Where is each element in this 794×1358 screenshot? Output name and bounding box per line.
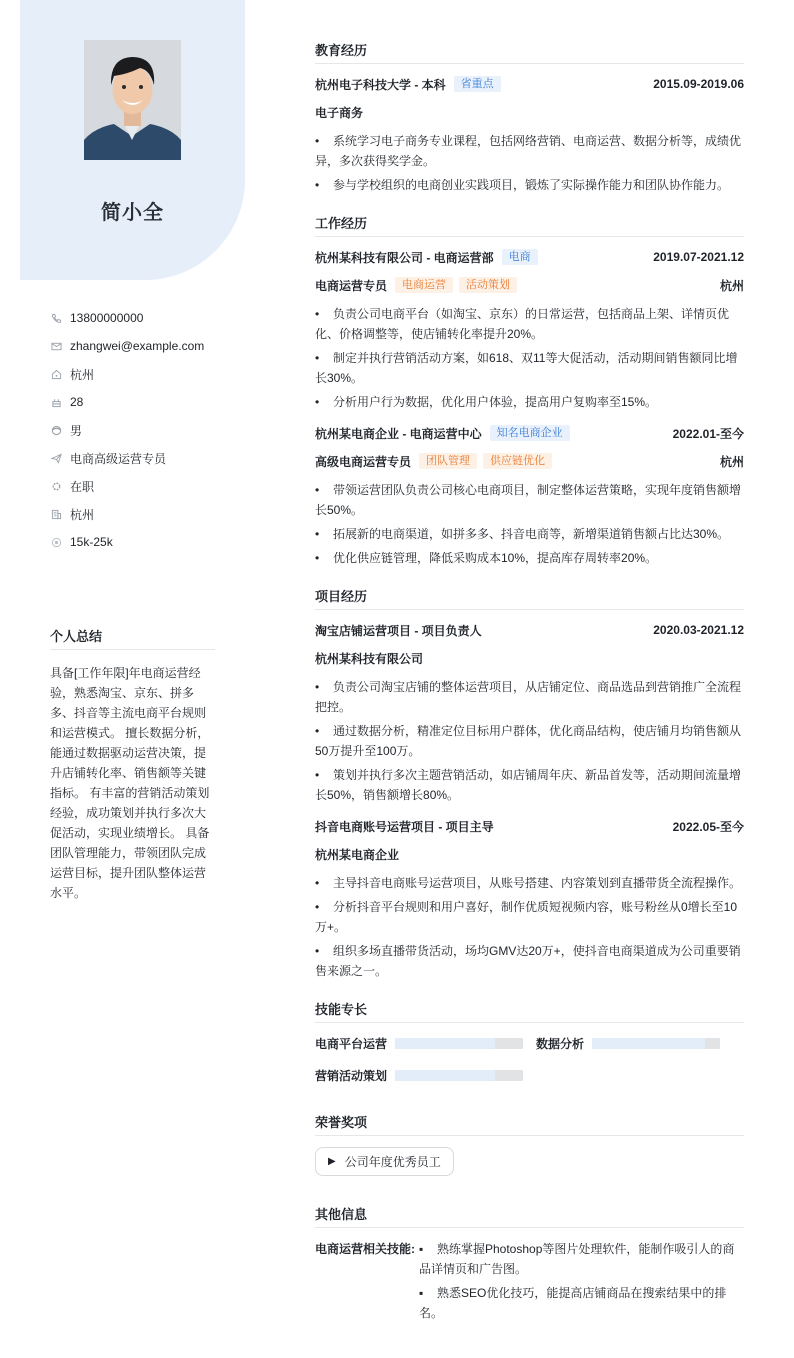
section-title-education: 教育经历: [315, 40, 744, 64]
avatar-photo-icon: [84, 40, 181, 160]
awards-section: 荣誉奖项 ▶ 公司年度优秀员工: [315, 1112, 744, 1190]
role-tag: 电商运营: [395, 277, 453, 293]
profile-name: 简小全: [20, 196, 245, 225]
list-item: •优化供应链管理，降低采购成本10%，提高库存周转率20%。: [315, 548, 744, 568]
skill-bar-fill: [395, 1070, 495, 1081]
other-info: 电商运营相关技能: ▪熟练掌握Photoshop等图片处理软件，能制作吸引人的商…: [315, 1239, 744, 1327]
section-title-skills: 技能专长: [315, 999, 744, 1023]
section-title-work: 工作经历: [315, 213, 744, 237]
salary-icon: [50, 536, 62, 548]
work-date: 2022.01-至今: [673, 425, 744, 442]
play-triangle-icon: ▶: [328, 1156, 336, 1167]
contact-status: 在职: [50, 472, 250, 500]
section-title-awards: 荣誉奖项: [315, 1112, 744, 1136]
main-content: 教育经历 杭州电子科技大学 - 本科 省重点 2015.09-2019.06 电…: [315, 40, 744, 1341]
age-value: 28: [70, 395, 83, 409]
status-icon: [50, 480, 62, 492]
list-item: •系统学习电子商务专业课程，包括网络营销、电商运营、数据分析等，成绩优异，多次获…: [315, 131, 744, 171]
work-bullets: •负责公司电商平台（如淘宝、京东）的日常运营，包括商品上架、详情页优化、价格调整…: [315, 304, 744, 412]
project-entry: 抖音电商账号运营项目 - 项目主导 2022.05-至今 杭州某电商企业 •主导…: [315, 817, 744, 981]
salary-value: 15k-25k: [70, 535, 113, 549]
work-entry: 杭州某电商企业 - 电商运营中心 知名电商企业 2022.01-至今 高级电商运…: [315, 424, 744, 568]
send-icon: [50, 452, 62, 464]
summary-title: 个人总结: [50, 626, 215, 650]
list-item: ▪熟悉SEO优化技巧，能提高店铺商品在搜索结果中的排名。: [419, 1283, 744, 1323]
other-section: 其他信息 电商运营相关技能: ▪熟练掌握Photoshop等图片处理软件，能制作…: [315, 1204, 744, 1327]
home-icon: [50, 368, 62, 380]
education-section: 教育经历 杭州电子科技大学 - 本科 省重点 2015.09-2019.06 电…: [315, 40, 744, 195]
position-value: 电商高级运营专员: [70, 450, 166, 467]
company-tag: 电商: [502, 249, 538, 265]
work-bullets: •带领运营团队负责公司核心电商项目，制定整体运营策略，实现年度销售额增长50%。…: [315, 480, 744, 568]
project-company: 杭州某科技有限公司: [315, 650, 423, 667]
sidebar: 简小全 13800000000 zhangwei@example.com 杭州 …: [0, 0, 270, 1358]
list-item: •分析用户行为数据，优化用户体验，提高用户复购率至15%。: [315, 392, 744, 412]
education-major: 电子商务: [315, 104, 363, 121]
list-item: •负责公司电商平台（如淘宝、京东）的日常运营，包括商品上架、详情页优化、价格调整…: [315, 304, 744, 344]
phone-icon: [50, 312, 62, 324]
contact-salary: 15k-25k: [50, 528, 250, 556]
section-title-other: 其他信息: [315, 1204, 744, 1228]
contact-location: 杭州: [50, 360, 250, 388]
school-tag: 省重点: [454, 76, 501, 92]
skill-item: 数据分析: [535, 1034, 744, 1052]
work-entry: 杭州某科技有限公司 - 电商运营部 电商 2019.07-2021.12 电商运…: [315, 248, 744, 412]
skill-item: 营销活动策划: [315, 1066, 535, 1084]
education-date: 2015.09-2019.06: [653, 77, 744, 91]
contact-position: 电商高级运营专员: [50, 444, 250, 472]
other-label: 电商运营相关技能:: [315, 1239, 415, 1327]
skill-item: 电商平台运营: [315, 1034, 535, 1052]
project-company: 杭州某电商企业: [315, 846, 399, 863]
status-value: 在职: [70, 478, 94, 495]
gender-icon: [50, 424, 62, 436]
work-location: 杭州: [720, 277, 744, 294]
contact-list: 13800000000 zhangwei@example.com 杭州 28 男…: [50, 304, 250, 556]
list-item: •参与学校组织的电商创业实践项目，锻炼了实际操作能力和团队协作能力。: [315, 175, 744, 195]
project-name: 淘宝店铺运营项目 - 项目负责人: [315, 622, 482, 639]
list-item: •制定并执行营销活动方案，如618、双11等大促活动，活动期间销售额同比增长30…: [315, 348, 744, 388]
list-item: •主导抖音电商账号运营项目，从账号搭建、内容策划到直播带货全流程操作。: [315, 873, 744, 893]
skill-bar-fill: [592, 1038, 705, 1049]
contact-phone: 13800000000: [50, 304, 250, 332]
award-name: 公司年度优秀员工: [345, 1153, 441, 1170]
city-value: 杭州: [70, 506, 94, 523]
award-item-toggle[interactable]: ▶ 公司年度优秀员工: [315, 1147, 454, 1176]
skill-name: 营销活动策划: [315, 1067, 387, 1084]
list-item: •拓展新的电商渠道，如拼多多、抖音电商等，新增渠道销售额占比达30%。: [315, 524, 744, 544]
list-item: •负责公司淘宝店铺的整体运营项目，从店铺定位、商品选品到营销推广全流程把控。: [315, 677, 744, 717]
cake-icon: [50, 396, 62, 408]
skill-bar: [592, 1038, 720, 1049]
job-role: 高级电商运营专员: [315, 453, 411, 470]
contact-gender: 男: [50, 416, 250, 444]
list-item: •带领运营团队负责公司核心电商项目，制定整体运营策略，实现年度销售额增长50%。: [315, 480, 744, 520]
list-item: •分析抖音平台规则和用户喜好，制作优质短视频内容，账号粉丝从0增长至10万+。: [315, 897, 744, 937]
school-name: 杭州电子科技大学 - 本科: [315, 76, 446, 93]
phone-value: 13800000000: [70, 311, 143, 325]
company-name: 杭州某电商企业 - 电商运营中心: [315, 425, 482, 442]
profile-card: 简小全: [20, 0, 245, 280]
project-entry: 淘宝店铺运营项目 - 项目负责人 2020.03-2021.12 杭州某科技有限…: [315, 621, 744, 805]
work-section: 工作经历 杭州某科技有限公司 - 电商运营部 电商 2019.07-2021.1…: [315, 213, 744, 568]
skill-list: 电商平台运营 数据分析 营销活动策划: [315, 1034, 744, 1098]
project-bullets: •负责公司淘宝店铺的整体运营项目，从店铺定位、商品选品到营销推广全流程把控。 •…: [315, 677, 744, 805]
role-tag: 团队管理: [419, 453, 477, 469]
list-item: •策划并执行多次主题营销活动，如店铺周年庆、新品首发等，活动期间流量增长50%，…: [315, 765, 744, 805]
project-name: 抖音电商账号运营项目 - 项目主导: [315, 818, 494, 835]
role-tag: 供应链优化: [483, 453, 552, 469]
contact-email: zhangwei@example.com: [50, 332, 250, 360]
skills-section: 技能专长 电商平台运营 数据分析 营销活动策划: [315, 999, 744, 1098]
skill-bar: [395, 1070, 523, 1081]
summary-section: 个人总结 具备[工作年限]年电商运营经验，熟悉淘宝、京东、拼多多、抖音等主流电商…: [50, 626, 215, 903]
company-tag: 知名电商企业: [490, 425, 570, 441]
summary-text: 具备[工作年限]年电商运营经验，熟悉淘宝、京东、拼多多、抖音等主流电商平台规则和…: [50, 663, 215, 903]
job-role: 电商运营专员: [315, 277, 387, 294]
email-value: zhangwei@example.com: [70, 339, 204, 353]
work-location: 杭州: [720, 453, 744, 470]
projects-section: 项目经历 淘宝店铺运营项目 - 项目负责人 2020.03-2021.12 杭州…: [315, 586, 744, 981]
section-title-projects: 项目经历: [315, 586, 744, 610]
company-name: 杭州某科技有限公司 - 电商运营部: [315, 249, 494, 266]
list-item: •组织多场直播带货活动，场均GMV达20万+，使抖音电商渠道成为公司重要销售来源…: [315, 941, 744, 981]
list-item: ▪熟练掌握Photoshop等图片处理软件，能制作吸引人的商品详情页和广告图。: [419, 1239, 744, 1279]
avatar: [84, 40, 181, 160]
project-bullets: •主导抖音电商账号运营项目，从账号搭建、内容策划到直播带货全流程操作。 •分析抖…: [315, 873, 744, 981]
education-bullets: •系统学习电子商务专业课程，包括网络营销、电商运营、数据分析等，成绩优异，多次获…: [315, 131, 744, 195]
skill-name: 电商平台运营: [315, 1035, 387, 1052]
other-bullets: ▪熟练掌握Photoshop等图片处理软件，能制作吸引人的商品详情页和广告图。 …: [419, 1239, 744, 1327]
contact-age: 28: [50, 388, 250, 416]
skill-name: 数据分析: [536, 1035, 584, 1052]
location-value: 杭州: [70, 366, 94, 383]
skill-bar: [395, 1038, 523, 1049]
work-date: 2019.07-2021.12: [653, 250, 744, 264]
role-tag: 活动策划: [459, 277, 517, 293]
list-item: •通过数据分析，精准定位目标用户群体，优化商品结构，使店铺月均销售额从50万提升…: [315, 721, 744, 761]
building-icon: [50, 508, 62, 520]
project-date: 2022.05-至今: [673, 818, 744, 835]
contact-city: 杭州: [50, 500, 250, 528]
education-entry: 杭州电子科技大学 - 本科 省重点 2015.09-2019.06 电子商务 •…: [315, 75, 744, 195]
skill-bar-fill: [395, 1038, 495, 1049]
gender-value: 男: [70, 422, 82, 439]
mail-icon: [50, 340, 62, 352]
project-date: 2020.03-2021.12: [653, 623, 744, 637]
